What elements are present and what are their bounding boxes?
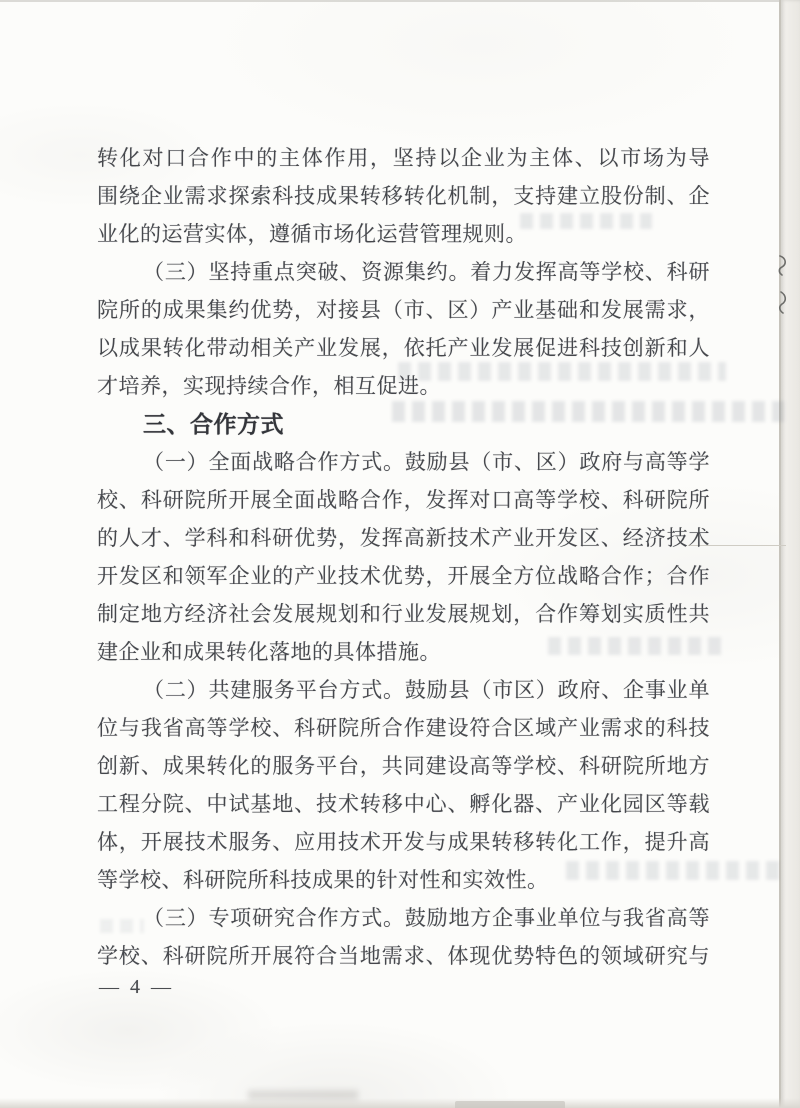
section-heading: 三、合作方式: [97, 405, 710, 443]
scan-right-edge: [779, 0, 800, 1108]
text-line: 位与我省高等学校、科研院所合作建设符合区域产业需求的科技: [97, 709, 710, 747]
text-line: 的人才、学科和科研优势，发挥高新技术产业开发区、经济技术: [97, 519, 710, 557]
scan-bottom-shadow: [455, 1101, 565, 1108]
text-line: （二）共建服务平台方式。鼓励县（市区）政府、企事业单: [97, 671, 710, 709]
document-body: 转化对口合作中的主体作用，坚持以企业为主体、以市场为导向， 围绕企业需求探索科技…: [97, 139, 710, 975]
text-line: 校、科研院所开展全面战略合作，发挥对口高等学校、科研院所: [97, 481, 710, 519]
text-line: 建企业和成果转化落地的具体措施。: [97, 633, 710, 671]
scanned-page: { "document": { "lines": [ "转化对口合作中的主体作用…: [0, 0, 800, 1108]
ink-squiggle-marks: [768, 252, 790, 327]
text-line: 以成果转化带动相关产业发展，依托产业发展促进科技创新和人: [97, 329, 710, 367]
text-line: 业化的运营实体，遵循市场化运营管理规则。: [97, 215, 710, 253]
page-number: — 4 —: [99, 976, 174, 999]
text-line: 转化对口合作中的主体作用，坚持以企业为主体、以市场为导向，: [97, 139, 710, 177]
text-line: 开发区和领军企业的产业技术优势，开展全方位战略合作；合作: [97, 557, 710, 595]
text-line: 创新、成果转化的服务平台，共同建设高等学校、科研院所地方: [97, 747, 710, 785]
text-line: （三）专项研究合作方式。鼓励地方企事业单位与我省高等: [97, 899, 710, 937]
text-line: 体，开展技术服务、应用技术开发与成果转移转化工作，提升高: [97, 823, 710, 861]
text-line: 围绕企业需求探索科技成果转移转化机制，支持建立股份制、企: [97, 177, 710, 215]
text-line: 才培养，实现持续合作，相互促进。: [97, 367, 710, 405]
scan-smudge: [248, 1090, 358, 1100]
text-line: 制定地方经济社会发展规划和行业发展规划，合作筹划实质性共: [97, 595, 710, 633]
text-line: 等学校、科研院所科技成果的针对性和实效性。: [97, 861, 710, 899]
text-line: （一）全面战略合作方式。鼓励县（市、区）政府与高等学: [97, 443, 710, 481]
text-line: 院所的成果集约优势，对接县（市、区）产业基础和发展需求，: [97, 291, 710, 329]
text-line: 学校、科研院所开展符合当地需求、体现优势特色的领域研究与: [97, 937, 710, 975]
text-line: （三）坚持重点突破、资源集约。着力发挥高等学校、科研: [97, 253, 710, 291]
scan-bottom-edge: [0, 1098, 800, 1108]
scan-top-edge: [0, 0, 800, 2]
text-line: 工程分院、中试基地、技术转移中心、孵化器、产业化园区等载: [97, 785, 710, 823]
